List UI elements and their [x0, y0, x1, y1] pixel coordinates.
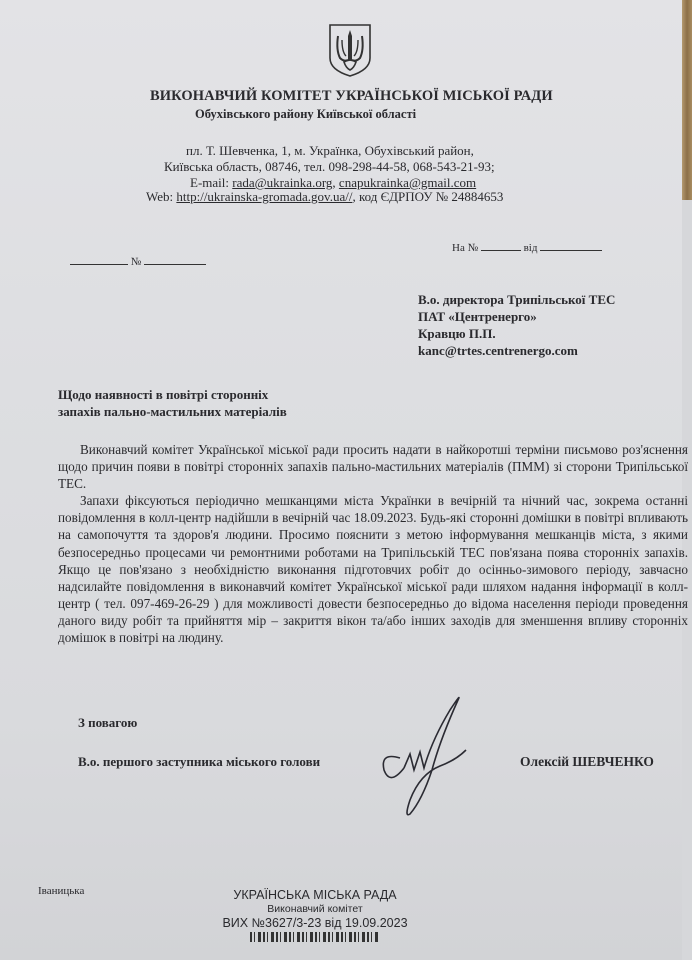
recipient-name: Кравцю П.П.: [418, 325, 615, 342]
recipient-block: В.о. директора Трипільської ТЕС ПАТ «Цен…: [418, 291, 615, 359]
reply-date-blank: [540, 249, 602, 251]
organization-title: ВИКОНАВЧИЙ КОМІТЕТ УКРАЇНСЬКОЇ МІСЬКОЇ Р…: [150, 88, 553, 105]
date-blank: [70, 263, 128, 265]
recipient-company: ПАТ «Центренерго»: [418, 308, 615, 325]
email-label: E-mail:: [190, 175, 232, 190]
tryzub-coat-of-arms-icon: [326, 22, 374, 78]
subject-block: Щодо наявності в повітрі сторонніх запах…: [58, 386, 287, 420]
stamp-outgoing-number: ВИХ №3627/3-23 від 19.09.2023: [205, 916, 425, 930]
address-line-2: Київська область, 08746, тел. 098-298-44…: [164, 159, 495, 175]
subject-line-1: Щодо наявності в повітрі сторонніх: [58, 386, 287, 403]
recipient-position: В.о. директора Трипільської ТЕС: [418, 291, 615, 308]
number-label: №: [131, 256, 142, 268]
email-link-cnap[interactable]: cnapukrainka@gmail.com: [339, 175, 476, 190]
number-blank: [144, 263, 206, 265]
stamp-council-name: УКРАЇНСЬКА МІСЬКА РАДА: [205, 888, 425, 902]
reply-to-label: На №: [452, 242, 478, 254]
registration-stamp: УКРАЇНСЬКА МІСЬКА РАДА Виконавчий коміте…: [205, 888, 425, 942]
edrpou-code: , код ЄДРПОУ № 24884653: [352, 189, 503, 204]
subject-line-2: запахів пально-мастильних матеріалів: [58, 403, 287, 420]
website-link[interactable]: http://ukrainska-gromada.gov.ua//: [176, 189, 352, 204]
web-label: Web:: [146, 189, 176, 204]
address-line-1: пл. Т. Шевченка, 1, м. Українка, Обухівс…: [186, 143, 474, 159]
barcode-icon: [250, 932, 380, 942]
date-from-label: від: [524, 242, 538, 254]
closing-regards: З повагою: [78, 715, 137, 731]
handwritten-signature-icon: [370, 690, 480, 820]
body-paragraph-2: Запахи фіксуються періодично мешканцями …: [58, 492, 688, 646]
reply-reference-line: На № від: [452, 242, 602, 254]
organization-subtitle: Обухівського району Київської області: [195, 107, 416, 122]
letter-body: Виконавчий комітет Української міської р…: [58, 441, 688, 646]
stamp-committee: Виконавчий комітет: [205, 903, 425, 915]
web-line: Web: http://ukrainska-gromada.gov.ua//, …: [146, 189, 503, 205]
table-surface: [682, 0, 692, 200]
signer-position: В.о. першого заступника міського голови: [78, 754, 320, 770]
email-link-rada[interactable]: rada@ukrainka.org: [232, 175, 332, 190]
reply-number-blank: [481, 249, 521, 251]
signer-name: Олексій ШЕВЧЕНКО: [520, 754, 654, 770]
body-paragraph-1: Виконавчий комітет Української міської р…: [58, 441, 688, 492]
outgoing-number-line: №: [70, 256, 206, 268]
recipient-email[interactable]: kanc@trtes.centrenergo.com: [418, 342, 615, 359]
executor-name: Іваницька: [38, 885, 84, 897]
